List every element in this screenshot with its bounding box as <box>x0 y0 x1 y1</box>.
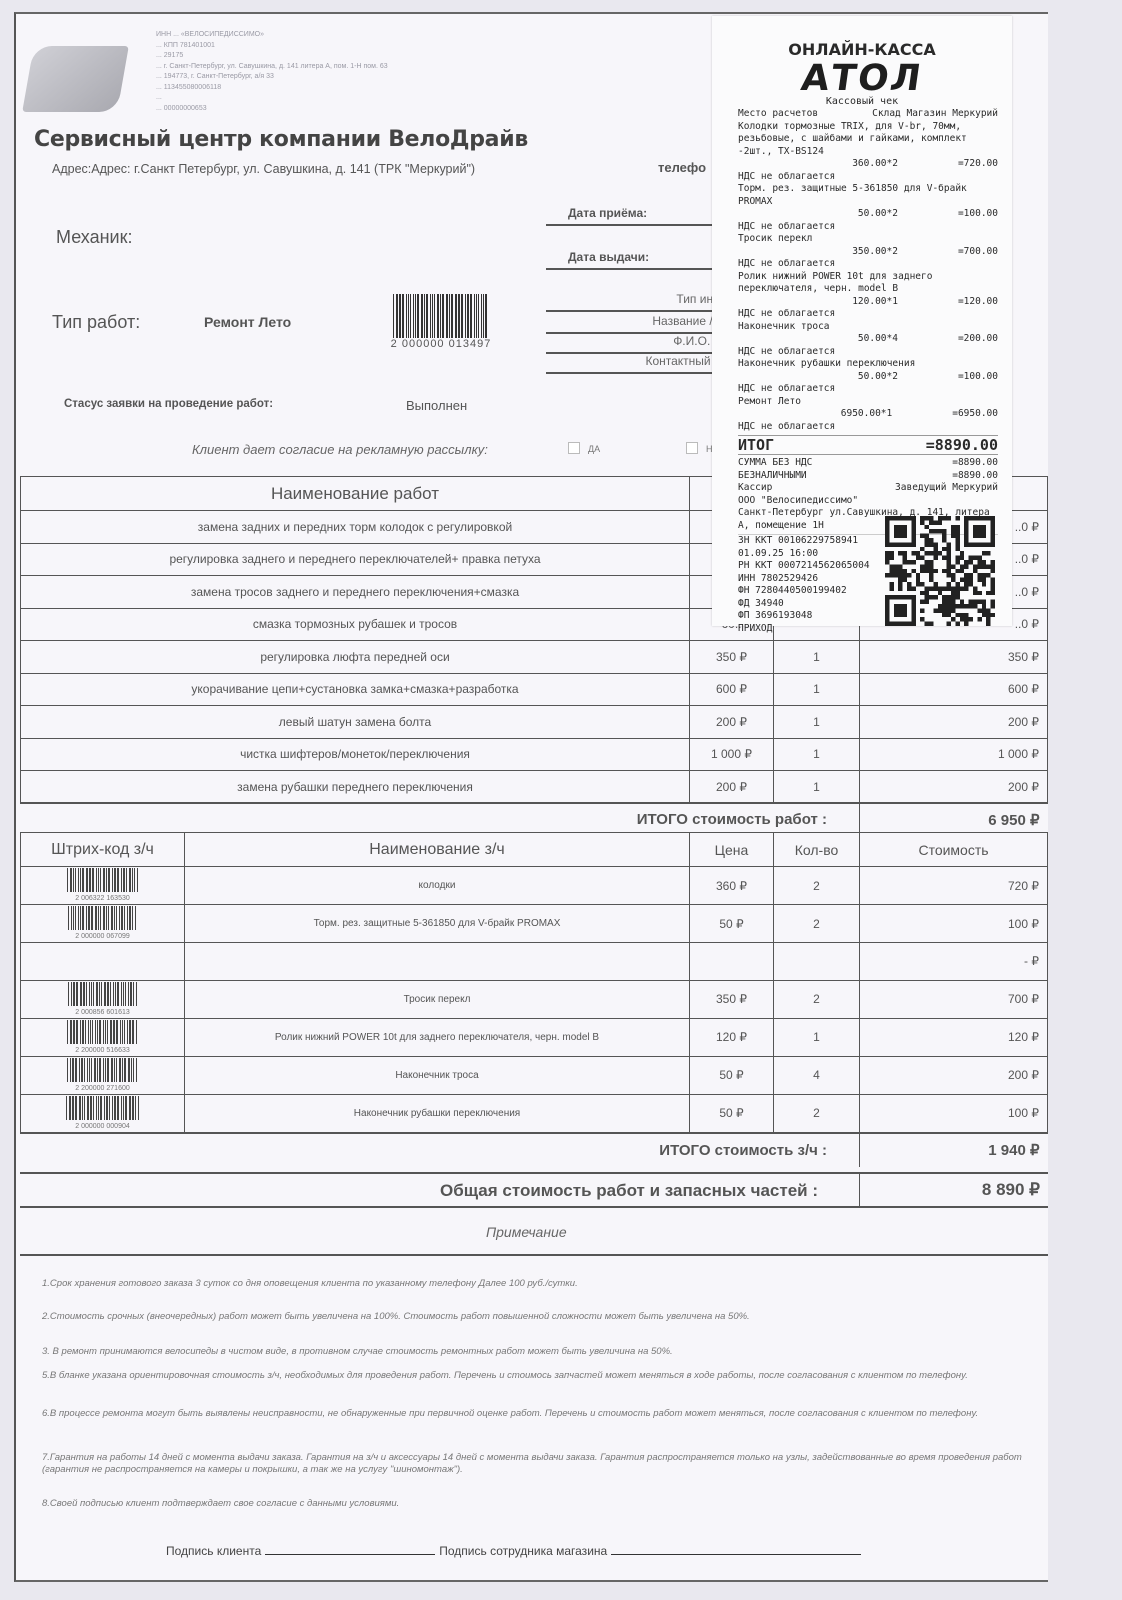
part-price: 50 ₽ <box>690 905 774 943</box>
part-qty: 2 <box>774 980 860 1018</box>
receipt-item-name: Колодки тормозные TRIX, для V-br, 70мм, … <box>738 121 998 159</box>
parts-total-label: ИТОГО стоимость з/ч : <box>21 1133 860 1167</box>
table-row: 2 200000 516633Ролик нижний POWER 10t дл… <box>21 1018 1048 1056</box>
client-signature-label: Подпись клиента <box>166 1544 261 1558</box>
parts-price-header: Цена <box>690 833 774 867</box>
mechanic-label: Механик: <box>56 227 133 248</box>
work-qty: 1 <box>774 673 860 706</box>
company-logo <box>22 46 129 112</box>
receipt-item-vat: НДС не облагается <box>738 258 998 271</box>
receipt-header: ОНЛАЙН-КАССА <box>712 40 1012 59</box>
part-barcode-number: 2 000856 601613 <box>22 1009 183 1017</box>
receipt-item-vat: НДС не облагается <box>738 221 998 234</box>
receipt-item-vat: НДС не облагается <box>738 308 998 321</box>
order-barcode: 2 000000 013497 <box>384 294 498 350</box>
receipt-item-calc: 6950.00*1 <box>841 408 892 421</box>
parts-cost-header: Стоимость <box>860 833 1048 867</box>
receipt-item-sum: =720.00 <box>958 158 998 171</box>
work-price: 350 ₽ <box>690 641 774 674</box>
part-barcode: 2 000000 000904 <box>21 1094 185 1133</box>
part-price: 350 ₽ <box>690 980 774 1018</box>
date-issued-label: Дата выдачи: <box>568 250 649 264</box>
receipt-item-name: Ролик нижний POWER 10t для заднего перек… <box>738 271 998 296</box>
work-type-value: Ремонт Лето <box>204 314 291 330</box>
parts-total-value: 1 940 ₽ <box>860 1133 1048 1167</box>
part-cost: 100 ₽ <box>860 1094 1048 1133</box>
part-qty <box>774 943 860 981</box>
consent-yes-label: ДА <box>588 444 600 454</box>
requisite-line: ... г. Санкт-Петербург, ул. Савушкина, д… <box>156 62 388 73</box>
company-requisites: ИНН ... «ВЕЛОСИПЕДИССИМО»... КПП 7814010… <box>156 30 388 114</box>
consent-yes-checkbox[interactable] <box>568 442 580 454</box>
receipt-item-name: Наконечник троса <box>738 321 998 334</box>
status-value: Выполнен <box>406 398 467 413</box>
works-total-row: ИТОГО стоимость работ : 6 950 ₽ <box>21 803 1048 836</box>
term-item: 7.Гарантия на работы 14 дней с момента в… <box>42 1452 1032 1476</box>
receipt-item-sum: =200.00 <box>958 333 998 346</box>
part-qty: 2 <box>774 905 860 943</box>
signature-line: Подпись клиентаПодпись сотрудника магази… <box>166 1544 861 1558</box>
receipt-item-calc-row: 6950.00*1=6950.00 <box>738 408 998 421</box>
part-barcode-number: 2 000000 000904 <box>22 1123 183 1131</box>
receipt-total-value: =8890.00 <box>926 437 998 453</box>
client-signature-field[interactable] <box>265 1554 435 1555</box>
receipt-item-name: Торм. рез. защитные 5-361850 для V-брайк… <box>738 183 998 208</box>
requisite-line: ... 29175 <box>156 51 388 62</box>
part-name <box>185 943 690 981</box>
receipt-cashless-row: БЕЗНАЛИЧНЫМИ =8890.00 <box>738 470 998 483</box>
receipt-item-calc-row: 50.00*2=100.00 <box>738 208 998 221</box>
part-price: 360 ₽ <box>690 867 774 905</box>
part-cost: 200 ₽ <box>860 1056 1048 1094</box>
grand-total-row: Общая стоимость работ и запасных частей … <box>20 1172 1048 1208</box>
table-row: 2 006322 163530колодки360 ₽2720 ₽ <box>21 867 1048 905</box>
work-name: чистка шифтеров/монеток/переключения <box>21 738 690 771</box>
client-info-labels: Тип инве Название / М Ф.И.О. кл Контактн… <box>546 290 726 380</box>
receipt-item-sum: =700.00 <box>958 246 998 259</box>
consent-label: Клиент дает согласие на рекламную рассыл… <box>192 442 488 457</box>
table-row: замена рубашки переднего переключения200… <box>21 771 1048 804</box>
parts-total-row: ИТОГО стоимость з/ч : 1 940 ₽ <box>21 1133 1048 1167</box>
receipt-items: Колодки тормозные TRIX, для V-br, 70мм, … <box>738 121 998 434</box>
status-label: Стасус заявки на проведение работ: <box>64 398 273 410</box>
work-cost: 1 000 ₽ <box>860 738 1048 771</box>
requisite-line: ... 113455080006118 <box>156 83 388 94</box>
part-name: Торм. рез. защитные 5-361850 для V-брайк… <box>185 905 690 943</box>
work-cost: 200 ₽ <box>860 706 1048 739</box>
receipt-total-row: ИТОГ =8890.00 <box>738 435 998 455</box>
part-cost: 100 ₽ <box>860 905 1048 943</box>
receipt-item-calc-row: 50.00*2=100.00 <box>738 371 998 384</box>
part-barcode-number: 2 200000 271600 <box>22 1085 183 1093</box>
part-qty: 1 <box>774 1018 860 1056</box>
parts-qty-header: Кол-во <box>774 833 860 867</box>
receipt-item-calc: 120.00*1 <box>852 296 898 309</box>
receipt-cashier-row: Кассир Заведущий Меркурий <box>738 482 998 495</box>
part-barcode-number: 2 200000 516633 <box>22 1047 183 1055</box>
receipt-no-vat-value: =8890.00 <box>952 457 998 470</box>
table-row: 2 200000 271600Наконечник троса50 ₽4200 … <box>21 1056 1048 1094</box>
requisite-line: ... <box>156 93 388 104</box>
receipt-item-sum: =6950.00 <box>952 408 998 421</box>
work-qty: 1 <box>774 641 860 674</box>
work-price: 600 ₽ <box>690 673 774 706</box>
part-barcode: 2 000000 067099 <box>21 905 185 943</box>
receipt-item-sum: =120.00 <box>958 296 998 309</box>
part-name: Наконечник рубашки переключения <box>185 1094 690 1133</box>
requisite-line: ... 194773, г. Санкт-Петербург, а/я 33 <box>156 72 388 83</box>
date-received-field[interactable] <box>546 224 726 226</box>
contact-phone-field[interactable] <box>546 372 726 374</box>
receipt-place-label: Место расчетов <box>738 108 818 121</box>
part-barcode: 2 000856 601613 <box>21 980 185 1018</box>
part-price: 50 ₽ <box>690 1094 774 1133</box>
work-qty: 1 <box>774 771 860 804</box>
parts-barcode-header: Штрих-код з/ч <box>21 833 185 867</box>
part-qty: 2 <box>774 1094 860 1133</box>
work-price: 200 ₽ <box>690 706 774 739</box>
work-name: регулировка заднего и переднего переключ… <box>21 543 690 576</box>
receipt-item-name: Тросик перекл <box>738 233 998 246</box>
receipt-cashier-label: Кассир <box>738 482 772 495</box>
work-name: замена тросов заднего и переднего перекл… <box>21 576 690 609</box>
receipt-org: ООО "Велосипедиссимо" <box>738 495 998 508</box>
receipt-cashless-label: БЕЗНАЛИЧНЫМИ <box>738 470 807 483</box>
order-barcode-number: 2 000000 013497 <box>384 338 498 350</box>
table-row: 2 000000 067099Торм. рез. защитные 5-361… <box>21 905 1048 943</box>
part-barcode: 2 200000 516633 <box>21 1018 185 1056</box>
term-item: 5.В бланке указана ориентировочная стоим… <box>42 1370 1032 1382</box>
receipt-item-name: Наконечник рубашки переключения <box>738 358 998 371</box>
part-name: Тросик перекл <box>185 980 690 1018</box>
requisite-line: ИНН ... «ВЕЛОСИПЕДИССИМО» <box>156 30 388 41</box>
receipt-item-calc-row: 120.00*1=120.00 <box>738 296 998 309</box>
receipt-item-name: Ремонт Лето <box>738 396 998 409</box>
receipt-cashless-value: =8890.00 <box>952 470 998 483</box>
work-cost: 350 ₽ <box>860 641 1048 674</box>
requisite-line: ... 00000000653 <box>156 104 388 115</box>
receipt-item-calc: 350.00*2 <box>852 246 898 259</box>
part-barcode-number: 2 000000 067099 <box>22 933 183 941</box>
client-name-field[interactable] <box>546 352 726 354</box>
part-barcode: 2 200000 271600 <box>21 1056 185 1094</box>
consent-no-checkbox[interactable] <box>686 442 698 454</box>
atol-logo: АТОЛ <box>709 58 1015 99</box>
part-price: 120 ₽ <box>690 1018 774 1056</box>
term-item: 1.Срок хранения готового заказа 3 суток … <box>42 1278 1032 1290</box>
receipt-item-calc-row: 360.00*2=720.00 <box>738 158 998 171</box>
parts-name-header: Наименование з/ч <box>185 833 690 867</box>
receipt-item-vat: НДС не облагается <box>738 171 998 184</box>
table-row: - ₽ <box>21 943 1048 981</box>
company-address: Адрес:Адрес: г.Санкт Петербург, ул. Саву… <box>52 162 475 176</box>
receipt-item-calc-row: 350.00*2=700.00 <box>738 246 998 259</box>
receipt-doc-type: Кассовый чек <box>712 96 1012 107</box>
part-cost: 120 ₽ <box>860 1018 1048 1056</box>
qr-code-icon <box>884 516 996 626</box>
parts-table: Штрих-код з/ч Наименование з/ч Цена Кол-… <box>20 832 1048 1167</box>
term-item: 2.Стоимость срочных (внеочередных) работ… <box>42 1311 1032 1323</box>
work-price: 200 ₽ <box>690 771 774 804</box>
part-barcode <box>21 943 185 981</box>
receipt-cashier-value: Заведущий Меркурий <box>895 482 998 495</box>
receipt-item-vat: НДС не облагается <box>738 346 998 359</box>
part-cost: 720 ₽ <box>860 867 1048 905</box>
grand-total-value: 8 890 ₽ <box>982 1180 1040 1200</box>
receipt-item-vat: НДС не облагается <box>738 383 998 396</box>
table-row: левый шатун замена болта200 ₽1200 ₽ <box>21 706 1048 739</box>
table-row: 2 000856 601613Тросик перекл350 ₽2700 ₽ <box>21 980 1048 1018</box>
part-price <box>690 943 774 981</box>
part-barcode-number: 2 006322 163530 <box>22 895 183 903</box>
part-qty: 2 <box>774 867 860 905</box>
work-name: регулировка люфта передней оси <box>21 641 690 674</box>
part-name: Наконечник троса <box>185 1056 690 1094</box>
receipt-item-calc: 360.00*2 <box>852 158 898 171</box>
work-price: 1 000 ₽ <box>690 738 774 771</box>
part-name: Ролик нижний POWER 10t для заднего перек… <box>185 1018 690 1056</box>
date-issued-field[interactable] <box>546 268 726 270</box>
works-total-value: 6 950 ₽ <box>860 803 1048 836</box>
parts-header-row: Штрих-код з/ч Наименование з/ч Цена Кол-… <box>21 833 1048 867</box>
term-item: 3. В ремонт принимаются велосипеды в чис… <box>42 1346 1032 1358</box>
staff-signature-field[interactable] <box>611 1554 861 1555</box>
page-title: Сервисный центр компании ВелоДрайв <box>34 127 528 152</box>
part-barcode: 2 006322 163530 <box>21 867 185 905</box>
note-title: Примечание <box>486 1224 567 1240</box>
receipt-item-sum: =100.00 <box>958 371 998 384</box>
date-received-label: Дата приёма: <box>568 206 647 220</box>
works-name-header: Наименование работ <box>21 477 690 511</box>
receipt-no-vat-row: СУММА БЕЗ НДС =8890.00 <box>738 457 998 470</box>
part-price: 50 ₽ <box>690 1056 774 1094</box>
divider <box>20 1254 1048 1256</box>
work-name: укорачивание цепи+сустановка замка+смазк… <box>21 673 690 706</box>
table-row: укорачивание цепи+сустановка замка+смазк… <box>21 673 1048 706</box>
term-item: 6.В процессе ремонта могут быть выявлены… <box>42 1408 1032 1420</box>
requisite-line: ... КПП 781401001 <box>156 41 388 52</box>
work-cost: 200 ₽ <box>860 771 1048 804</box>
part-name: колодки <box>185 867 690 905</box>
grand-total-label: Общая стоимость работ и запасных частей … <box>440 1181 818 1201</box>
part-cost: - ₽ <box>860 943 1048 981</box>
work-cost: 600 ₽ <box>860 673 1048 706</box>
table-row: регулировка люфта передней оси350 ₽1350 … <box>21 641 1048 674</box>
work-type-label: Тип работ: <box>52 312 140 333</box>
cash-receipt: ОНЛАЙН-КАССА АТОЛ Кассовый чек Место рас… <box>712 16 1012 626</box>
work-qty: 1 <box>774 706 860 739</box>
work-name: замена задних и передних торм колодок с … <box>21 511 690 544</box>
part-qty: 4 <box>774 1056 860 1094</box>
receipt-item-calc: 50.00*2 <box>858 208 898 221</box>
receipt-item-calc: 50.00*2 <box>858 371 898 384</box>
works-total-label: ИТОГО стоимость работ : <box>21 803 860 836</box>
phone-label: телефо <box>658 160 706 175</box>
part-cost: 700 ₽ <box>860 980 1048 1018</box>
device-type-field[interactable] <box>546 310 726 312</box>
receipt-item-calc-row: 50.00*4=200.00 <box>738 333 998 346</box>
work-name: смазка тормозных рубашек и тросов <box>21 608 690 641</box>
receipt-no-vat-label: СУММА БЕЗ НДС <box>738 457 812 470</box>
table-row: чистка шифтеров/монеток/переключения1 00… <box>21 738 1048 771</box>
receipt-item-calc: 50.00*4 <box>858 333 898 346</box>
term-item: 8.Своей подписью клиент подтверждает сво… <box>42 1498 1032 1510</box>
staff-signature-label: Подпись сотрудника магазина <box>439 1544 607 1558</box>
receipt-total-label: ИТОГ <box>738 437 774 453</box>
receipt-place-value: Склад Магазин Меркурий <box>872 108 998 121</box>
model-name-field[interactable] <box>546 332 726 334</box>
receipt-item-sum: =100.00 <box>958 208 998 221</box>
work-qty: 1 <box>774 738 860 771</box>
work-name: левый шатун замена болта <box>21 706 690 739</box>
work-name: замена рубашки переднего переключения <box>21 771 690 804</box>
table-row: 2 000000 000904Наконечник рубашки перекл… <box>21 1094 1048 1133</box>
receipt-item-vat: НДС не облагается <box>738 421 998 434</box>
receipt-place-row: Место расчетов Склад Магазин Меркурий <box>738 108 998 121</box>
